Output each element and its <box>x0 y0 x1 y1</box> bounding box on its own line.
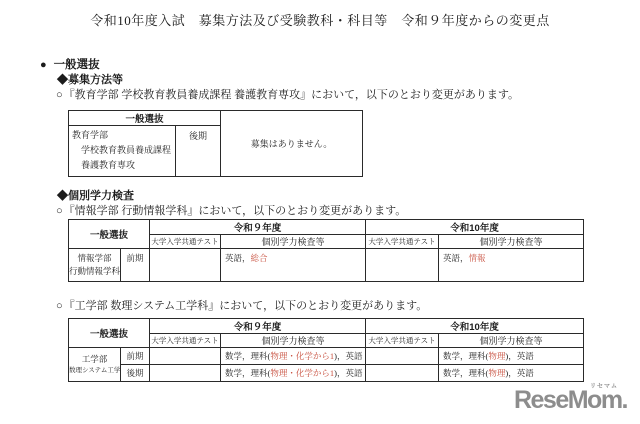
table3-r10-common-test-header: 大学入学共通テスト <box>366 334 439 348</box>
table2-period-cell: 前期 <box>121 249 150 282</box>
faculty-line: 教育学部 <box>72 128 172 143</box>
table3-r10-individual-test-header: 個別学力検査等 <box>439 334 584 348</box>
table2-r10-individual-cell: 英語，情報 <box>439 249 584 282</box>
intro-engineering-text: 『工学部 数理システム工学科』において，以下のとおり変更があります。 <box>64 300 428 312</box>
resemom-logo-ruby: リセマム <box>590 384 618 390</box>
page-title: 令和10年度入試 募集方法及び受験教科・科目等 令和９年度からの変更点 <box>0 10 640 29</box>
subsection-heading-individual-exam: ◆個別学力検査 <box>57 187 134 203</box>
document-page: 令和10年度入試 募集方法及び受験教科・科目等 令和９年度からの変更点 ●一般選… <box>0 0 640 424</box>
subject-changed-text: 総合 <box>251 253 268 263</box>
table1-faculty-cell: 教育学部 学校教育教員養成課程 養護教育専攻 <box>69 126 176 177</box>
subject-text: )，英語 <box>334 351 362 361</box>
recruitment-table: 一般選抜 募集はありません。 教育学部 学校教育教員養成課程 養護教育専攻 後期 <box>68 110 363 177</box>
table3-year-r9-header: 令和９年度 <box>150 319 366 334</box>
faculty-line: 情報学部 <box>69 252 120 265</box>
table3-selection-header: 一般選抜 <box>69 319 150 348</box>
resemom-logo: ReseMom. リセマム <box>514 387 627 417</box>
table1-selection-header: 一般選抜 <box>69 111 221 126</box>
table3-r9-common-test-header: 大学入学共通テスト <box>150 334 221 348</box>
subject-text: 数学，理科( <box>443 351 488 361</box>
table2-r10-common-cell <box>366 249 439 282</box>
informatics-exam-table: 一般選抜 令和９年度 令和10年度 大学入学共通テスト 個別学力検査等 大学入学… <box>68 219 584 282</box>
table3-r9-individual-cell: 数学，理科(物理・化学から1)，英語 <box>221 365 366 382</box>
open-circle-bullet-icon: ○ <box>56 89 63 101</box>
table3-r9-common-cell <box>150 365 221 382</box>
table2-year-r9-header: 令和９年度 <box>150 220 366 235</box>
subsection-heading-label: 募集方法等 <box>68 74 123 86</box>
table2-faculty-cell: 情報学部 行動情報学科 <box>69 249 121 282</box>
intro-education: ○『教育学部 学校教育教員養成課程 養護教育専攻』において，以下のとおり変更があ… <box>56 86 519 102</box>
subject-changed-text: 物理・化学から1 <box>270 368 334 378</box>
filled-circle-bullet-icon: ● <box>40 59 47 71</box>
table2-r10-individual-test-header: 個別学力検査等 <box>439 235 584 249</box>
section-heading-general: ●一般選抜 <box>40 56 100 72</box>
subject-changed-text: 情報 <box>469 253 486 263</box>
diamond-bullet-icon: ◆ <box>57 190 68 202</box>
table2-r9-individual-cell: 英語，総合 <box>221 249 366 282</box>
subject-changed-text: 物理 <box>488 368 505 378</box>
table3-r10-common-cell <box>366 365 439 382</box>
subject-changed-text: 物理・化学から1 <box>270 351 334 361</box>
subject-text: )，英語 <box>505 351 533 361</box>
table1-note-cell: 募集はありません。 <box>221 111 363 177</box>
table2-r9-common-test-header: 大学入学共通テスト <box>150 235 221 249</box>
intro-engineering: ○『工学部 数理システム工学科』において，以下のとおり変更があります。 <box>56 297 427 313</box>
open-circle-bullet-icon: ○ <box>56 300 63 312</box>
subsection-heading-label: 個別学力検査 <box>68 190 134 202</box>
intro-informatics: ○『情報学部 行動情報学科』において，以下のとおり変更があります。 <box>56 202 406 218</box>
resemom-logo-period: . <box>622 386 627 414</box>
table3-period-cell: 後期 <box>121 365 150 382</box>
intro-informatics-text: 『情報学部 行動情報学科』において，以下のとおり変更があります。 <box>64 205 407 217</box>
table3-faculty-cell: 工学部 数理システム工学科 <box>69 348 121 382</box>
table3-r9-individual-test-header: 個別学力検査等 <box>221 334 366 348</box>
table3-r9-common-cell <box>150 348 221 365</box>
table2-selection-header: 一般選抜 <box>69 220 150 249</box>
subject-text: 英語， <box>225 253 251 263</box>
subject-text: 数学，理科( <box>225 368 270 378</box>
table3-r10-individual-cell: 数学，理科(物理)，英語 <box>439 348 584 365</box>
table2-r9-individual-test-header: 個別学力検査等 <box>221 235 366 249</box>
table2-r10-common-test-header: 大学入学共通テスト <box>366 235 439 249</box>
faculty-line: 学校教育教員養成課程 <box>72 143 172 158</box>
faculty-line: 養護教育専攻 <box>72 158 172 173</box>
subject-text: 英語， <box>443 253 469 263</box>
table3-r10-common-cell <box>366 348 439 365</box>
table3-year-r10-header: 令和10年度 <box>366 319 584 334</box>
faculty-line: 工学部 <box>69 353 120 366</box>
table3-period-cell: 前期 <box>121 348 150 365</box>
intro-education-text: 『教育学部 学校教育教員養成課程 養護教育専攻』において，以下のとおり変更があり… <box>64 89 519 101</box>
subject-text: 数学，理科( <box>443 368 488 378</box>
table3-r10-individual-cell: 数学，理科(物理)，英語 <box>439 365 584 382</box>
resemom-logo-text: ReseMom <box>514 386 622 414</box>
diamond-bullet-icon: ◆ <box>57 74 68 86</box>
open-circle-bullet-icon: ○ <box>56 205 63 217</box>
subsection-heading-recruitment: ◆募集方法等 <box>57 71 123 87</box>
section-heading-label: 一般選抜 <box>54 59 100 71</box>
faculty-line: 行動情報学科 <box>69 265 120 278</box>
table2-year-r10-header: 令和10年度 <box>366 220 584 235</box>
subject-changed-text: 物理 <box>488 351 505 361</box>
subject-text: 数学，理科( <box>225 351 270 361</box>
table2-r9-common-cell <box>150 249 221 282</box>
engineering-exam-table: 一般選抜 令和９年度 令和10年度 大学入学共通テスト 個別学力検査等 大学入学… <box>68 318 584 382</box>
table1-period-cell: 後期 <box>176 126 221 177</box>
subject-text: )，英語 <box>505 368 533 378</box>
table3-r9-individual-cell: 数学，理科(物理・化学から1)，英語 <box>221 348 366 365</box>
subject-text: )，英語 <box>334 368 362 378</box>
faculty-line: 数理システム工学科 <box>69 366 120 376</box>
